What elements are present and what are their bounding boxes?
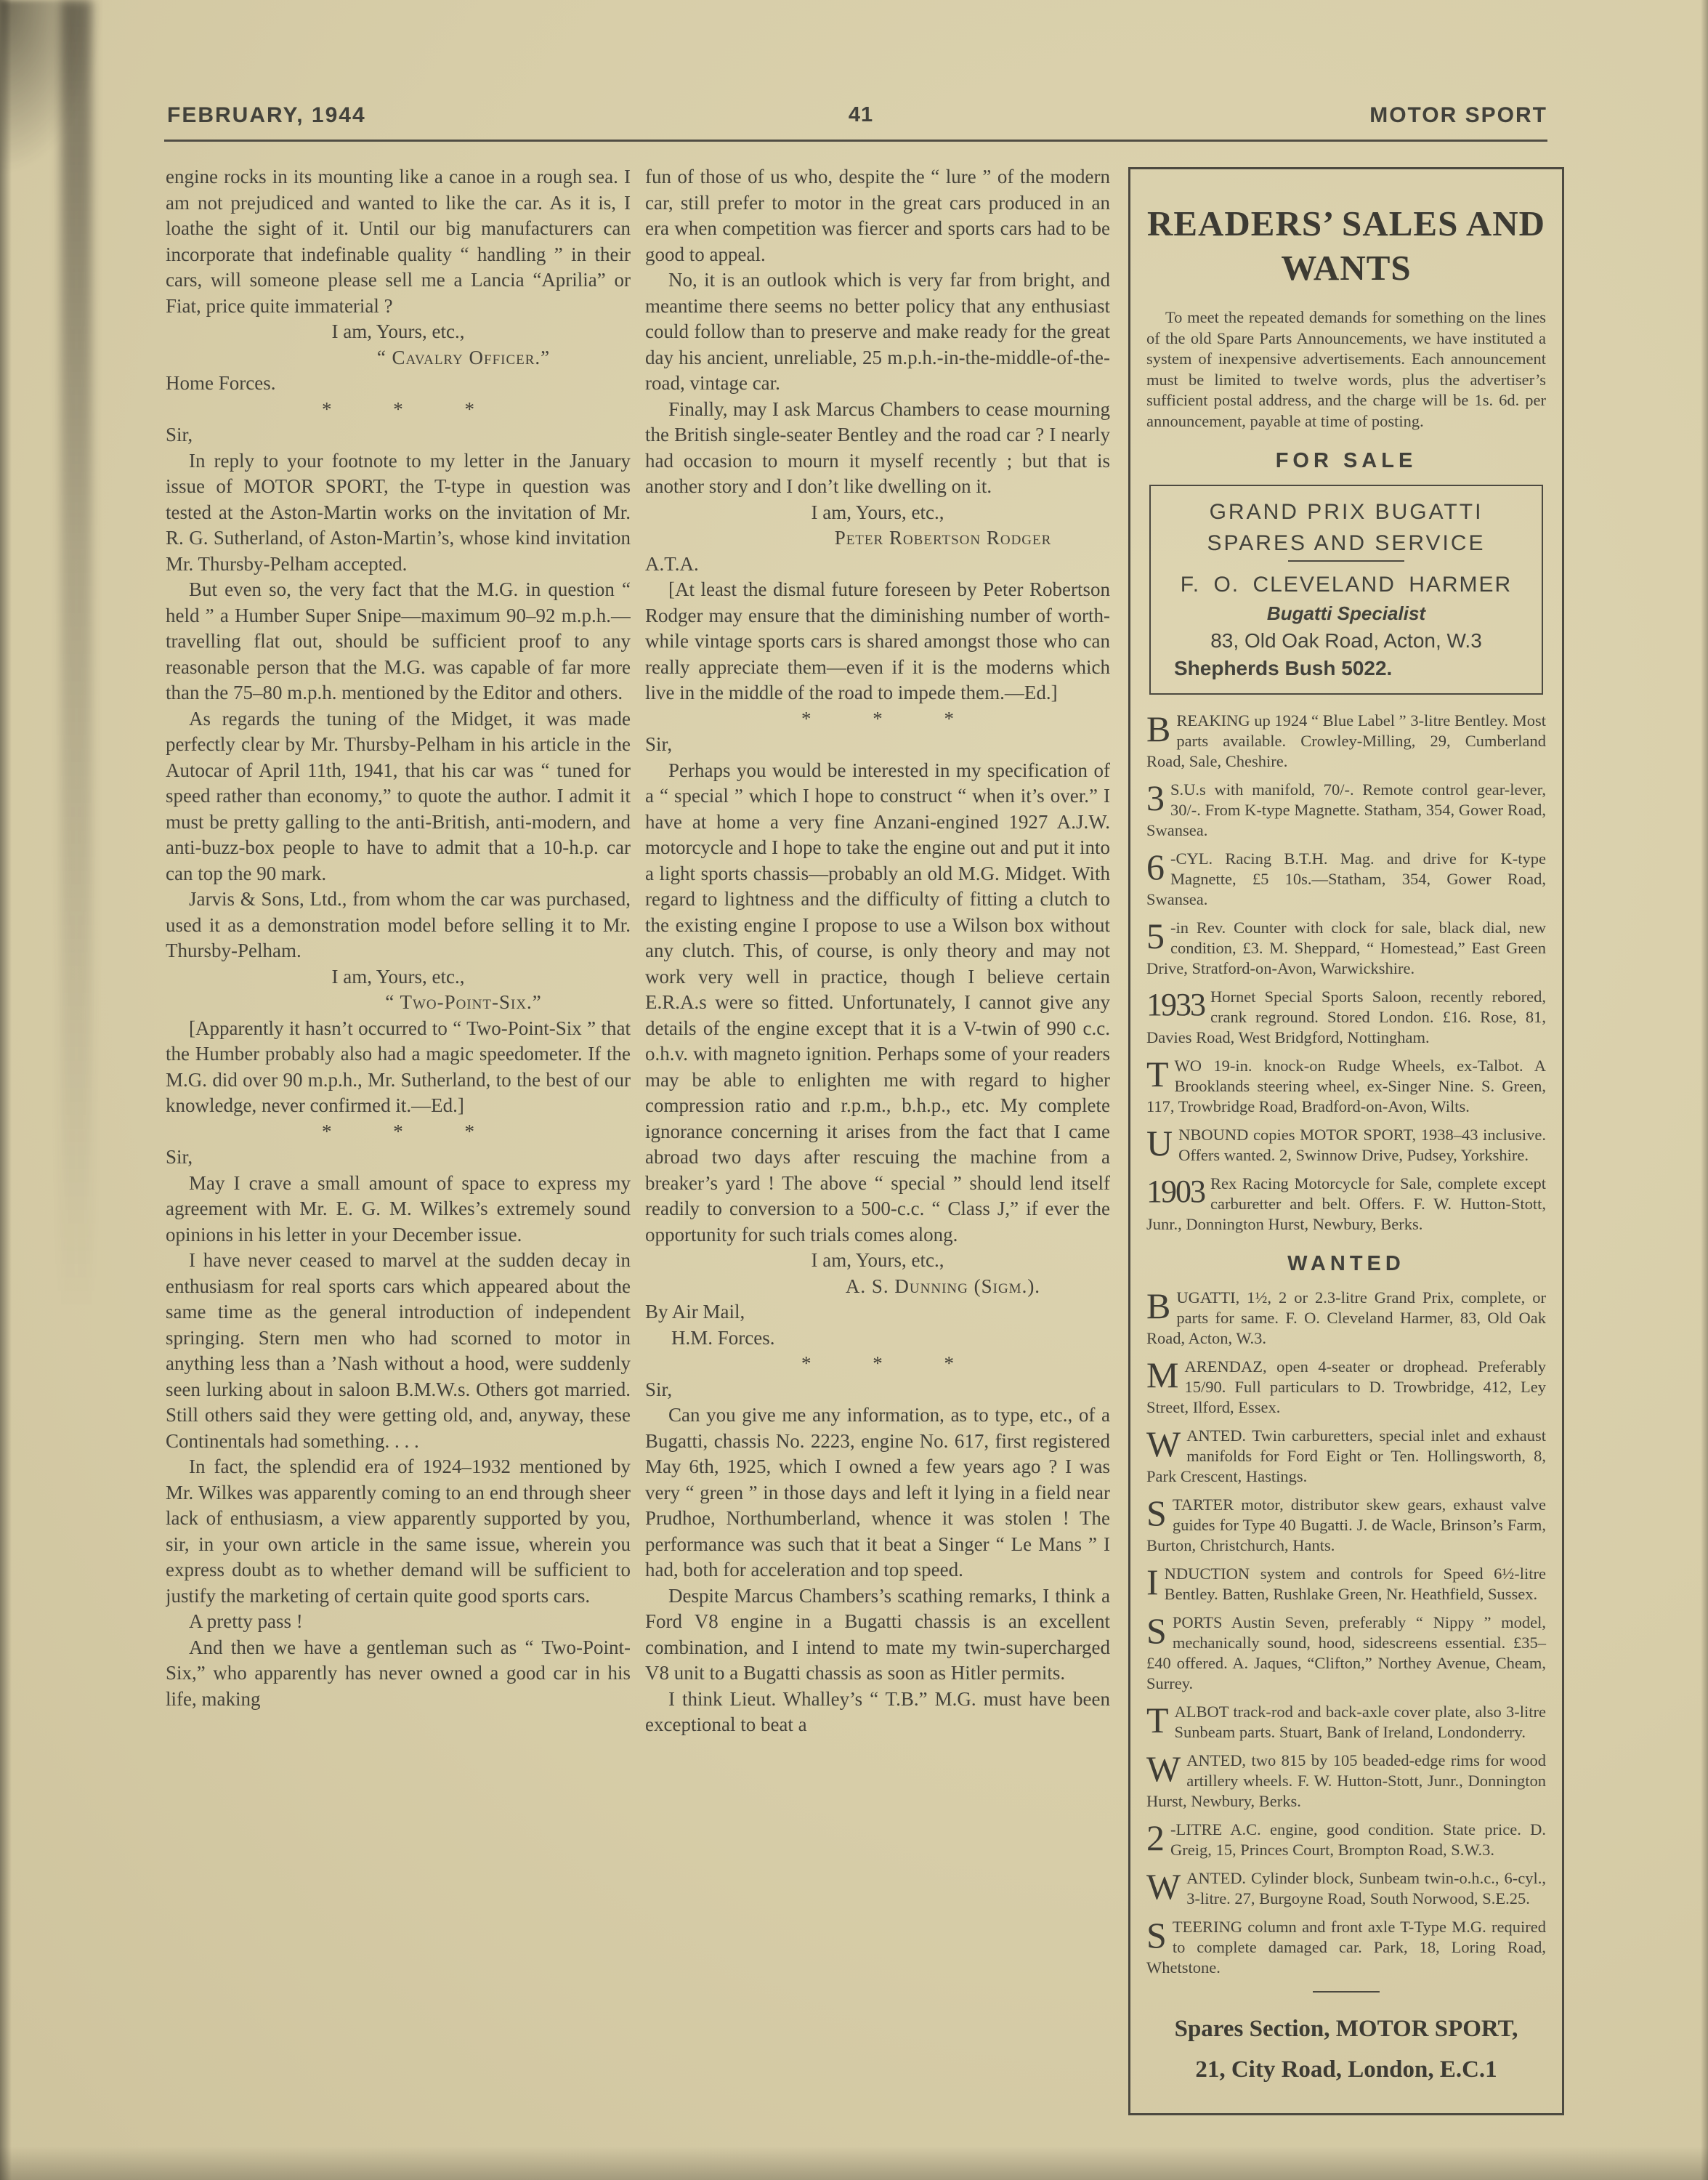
classified-ad: 5-in Rev. Counter with clock for sale, b…: [1146, 918, 1546, 979]
letter-signature: “ Cavalry Officer.”: [166, 345, 631, 371]
ad-drop-cap: 3: [1146, 781, 1165, 815]
letter-paragraph: As regards the tuning of the Midget, it …: [166, 706, 631, 887]
ad-drop-cap: T: [1146, 1057, 1169, 1091]
letter-signature: “ Two-Point-Six.”: [166, 990, 631, 1016]
spares-address-line2: 21, City Road, London, E.C.1: [1195, 2056, 1497, 2083]
classified-ad: TALBOT track-rod and back-axle cover pla…: [1146, 1702, 1546, 1743]
ad-text: ANTED, two 815 by 105 beaded-edge rims f…: [1146, 1751, 1546, 1810]
ad-drop-cap: T: [1146, 1703, 1169, 1737]
letter-salutation: Sir,: [645, 1377, 1110, 1403]
ad-drop-cap: S: [1146, 1496, 1167, 1530]
classified-ad: MARENDAZ, open 4-seater or drophead. Pre…: [1146, 1357, 1546, 1418]
wanted-ads: BUGATTI, 1½, 2 or 2.3-litre Grand Prix, …: [1146, 1288, 1546, 1978]
page-edge-shadow-right: [1701, 0, 1708, 2180]
classified-ad: STARTER motor, distributor skew gears, e…: [1146, 1495, 1546, 1556]
dealer-ad-name: F. O. CLEVELAND HARMER: [1157, 569, 1536, 600]
ad-text: PORTS Austin Seven, preferably “ Nippy ”…: [1146, 1613, 1546, 1692]
dealer-ad-line1: GRAND PRIX BUGATTI: [1157, 496, 1536, 528]
classified-ad: STEERING column and front axle T-Type M.…: [1146, 1917, 1546, 1978]
classified-ad: 2-LITRE A.C. engine, good condition. Sta…: [1146, 1820, 1546, 1860]
spares-address-line1: Spares Section, MOTOR SPORT,: [1175, 2016, 1518, 2042]
ad-drop-cap: S: [1146, 1614, 1167, 1647]
section-separator: * * *: [645, 1351, 1110, 1377]
letter-paragraph: A pretty pass !: [166, 1609, 631, 1635]
letter-salutation: Sir,: [166, 1144, 631, 1171]
for-sale-heading: FOR SALE: [1146, 449, 1546, 473]
ad-text: NDUCTION system and controls for Speed 6…: [1165, 1565, 1546, 1603]
classified-ad: WANTED. Cylinder block, Sunbeam twin-o.h…: [1146, 1868, 1546, 1909]
letter-sender-location: A.T.A.: [645, 552, 1110, 578]
classified-ad: SPORTS Austin Seven, preferably “ Nippy …: [1146, 1612, 1546, 1694]
letter-valediction: I am, Yours, etc.,: [645, 1248, 1110, 1274]
ad-text: NBOUND copies MOTOR SPORT, 1938–43 inclu…: [1178, 1126, 1546, 1164]
page-edge-shadow-bottom: [0, 2147, 1708, 2180]
corner-shadow: [0, 0, 102, 174]
page-edge-shadow-left: [0, 0, 12, 2180]
letter-paragraph: I have never ceased to marvel at the sud…: [166, 1248, 631, 1454]
editor-note: [At least the dismal future foreseen by …: [645, 577, 1110, 706]
ad-drop-cap: U: [1146, 1126, 1173, 1160]
classified-ad: WANTED. Twin carburetters, special inlet…: [1146, 1426, 1546, 1487]
ad-drop-cap: 2: [1146, 1821, 1165, 1854]
letter-paragraph: Perhaps you would be interested in my sp…: [645, 758, 1110, 1248]
letters-column-2: fun of those of us who, despite the “ lu…: [645, 164, 1110, 2138]
letter-valediction: I am, Yours, etc.,: [166, 319, 631, 345]
ad-drop-cap: 5: [1146, 919, 1165, 953]
ad-drop-cap: W: [1146, 1870, 1181, 1903]
ad-drop-cap: 1903: [1146, 1175, 1205, 1208]
ad-text: ALBOT track-rod and back-axle cover plat…: [1175, 1703, 1546, 1741]
dealer-ad-tagline: Bugatti Specialist: [1157, 600, 1536, 626]
ad-text: Hornet Special Sports Saloon, recently r…: [1146, 988, 1546, 1046]
classified-ad: 6-CYL. Racing B.T.H. Mag. and drive for …: [1146, 849, 1546, 910]
letter-sender-location: H.M. Forces.: [645, 1325, 1110, 1352]
letter-sender-location: By Air Mail,: [645, 1299, 1110, 1325]
letter-paragraph: But even so, the very fact that the M.G.…: [166, 577, 631, 706]
ad-drop-cap: B: [1146, 712, 1170, 746]
letter-signature: Peter Robertson Rodger: [645, 525, 1110, 552]
header-date: FEBRUARY, 1944: [167, 103, 366, 128]
classified-ad: WANTED, two 815 by 105 beaded-edge rims …: [1146, 1751, 1546, 1812]
letter-paragraph: Finally, may I ask Marcus Chambers to ce…: [645, 397, 1110, 500]
letter-valediction: I am, Yours, etc.,: [166, 964, 631, 990]
wanted-heading: WANTED: [1146, 1252, 1546, 1276]
letter-paragraph: In reply to your footnote to my letter i…: [166, 448, 631, 578]
classified-ad: BUGATTI, 1½, 2 or 2.3-litre Grand Prix, …: [1146, 1288, 1546, 1349]
section-separator: * * *: [166, 1119, 631, 1145]
editor-note: [Apparently it hasn’t occurred to “ Two-…: [166, 1016, 631, 1119]
letter-paragraph: Jarvis & Sons, Ltd., from whom the car w…: [166, 887, 631, 964]
letter-paragraph: And then we have a gentleman such as “ T…: [166, 1635, 631, 1713]
letter-paragraph: No, it is an outlook which is very far f…: [645, 267, 1110, 397]
letter-valediction: I am, Yours, etc.,: [645, 500, 1110, 526]
ad-text: TARTER motor, distributor skew gears, ex…: [1146, 1495, 1546, 1554]
letter-paragraph: engine rocks in its mounting like a cano…: [166, 164, 631, 319]
classified-ad: 1933Hornet Special Sports Saloon, recent…: [1146, 987, 1546, 1048]
ad-drop-cap: W: [1146, 1752, 1181, 1785]
ad-drop-cap: M: [1146, 1358, 1178, 1392]
classified-ad: 1903Rex Racing Motorcycle for Sale, comp…: [1146, 1174, 1546, 1235]
ad-text: -in Rev. Counter with clock for sale, bl…: [1146, 919, 1546, 977]
classified-ad: TWO 19-in. knock-on Rudge Wheels, ex-Tal…: [1146, 1056, 1546, 1117]
ad-drop-cap: W: [1146, 1427, 1181, 1461]
ad-text: -CYL. Racing B.T.H. Mag. and drive for K…: [1146, 849, 1546, 908]
ad-text: -LITRE A.C. engine, good condition. Stat…: [1170, 1820, 1546, 1859]
classified-ad: BREAKING up 1924 “ Blue Label ” 3-litre …: [1146, 711, 1546, 772]
ad-drop-cap: S: [1146, 1918, 1167, 1952]
sales-wants-title-line1: READERS’ SALES AND: [1147, 203, 1545, 243]
letter-paragraph: May I crave a small amount of space to e…: [166, 1171, 631, 1248]
sales-wants-panel: READERS’ SALES AND WANTS To meet the rep…: [1128, 167, 1564, 2115]
header-rule: [164, 140, 1547, 142]
header-magazine-title: MOTOR SPORT: [1369, 103, 1547, 128]
letter-salutation: Sir,: [645, 732, 1110, 758]
letter-paragraph: In fact, the splendid era of 1924–1932 m…: [166, 1454, 631, 1609]
ad-text: ANTED. Twin carburetters, special inlet …: [1146, 1426, 1546, 1485]
classified-ad: UNBOUND copies MOTOR SPORT, 1938–43 incl…: [1146, 1125, 1546, 1166]
header-page-number: 41: [828, 103, 894, 127]
ad-text: TEERING column and front axle T-Type M.G…: [1146, 1918, 1546, 1977]
ad-drop-cap: 6: [1146, 850, 1165, 884]
ad-text: ARENDAZ, open 4-seater or drophead. Pref…: [1146, 1357, 1546, 1416]
letter-signature: A. S. Dunning (Sigm.).: [645, 1274, 1110, 1300]
ad-drop-cap: B: [1146, 1289, 1170, 1323]
dealer-ad-box: GRAND PRIX BUGATTI SPARES AND SERVICE F.…: [1149, 485, 1543, 695]
letter-paragraph: I think Lieut. Whalley’s “ T.B.” M.G. mu…: [645, 1687, 1110, 1738]
ad-text: ANTED. Cylinder block, Sunbeam twin-o.h.…: [1186, 1869, 1546, 1907]
ad-drop-cap: 1933: [1146, 988, 1205, 1022]
sales-wants-title: READERS’ SALES AND WANTS: [1146, 201, 1546, 290]
ad-text: S.U.s with manifold, 70/-. Remote contro…: [1146, 780, 1546, 839]
letters-column-1: engine rocks in its mounting like a cano…: [166, 164, 631, 2138]
magazine-page: FEBRUARY, 1944 41 MOTOR SPORT engine roc…: [0, 0, 1708, 2180]
ad-text: UGATTI, 1½, 2 or 2.3-litre Grand Prix, c…: [1146, 1288, 1546, 1347]
classified-ad: 3S.U.s with manifold, 70/-. Remote contr…: [1146, 780, 1546, 841]
dealer-ad-phone: Shepherds Bush 5022.: [1157, 655, 1536, 682]
ad-text: REAKING up 1924 “ Blue Label ” 3-litre B…: [1146, 711, 1546, 770]
ad-drop-cap: I: [1146, 1565, 1159, 1599]
letter-salutation: Sir,: [166, 422, 631, 448]
ad-text: Rex Racing Motorcycle for Sale, complete…: [1146, 1174, 1546, 1233]
spares-section-address: Spares Section, MOTOR SPORT, 21, City Ro…: [1146, 2009, 1546, 2090]
letter-sender-location: Home Forces.: [166, 371, 631, 397]
letter-paragraph: fun of those of us who, despite the “ lu…: [645, 164, 1110, 267]
sales-wants-title-line2: WANTS: [1281, 248, 1411, 288]
letter-paragraph: Can you give me any information, as to t…: [645, 1402, 1110, 1583]
letter-paragraph: Despite Marcus Chambers’s scathing remar…: [645, 1583, 1110, 1687]
classified-ad: INDUCTION system and controls for Speed …: [1146, 1564, 1546, 1604]
for-sale-ads: BREAKING up 1924 “ Blue Label ” 3-litre …: [1146, 711, 1546, 1235]
footer-rule: [1313, 1991, 1380, 1993]
dealer-ad-line2: SPARES AND SERVICE: [1157, 528, 1536, 559]
dealer-ad-address: 83, Old Oak Road, Acton, W.3: [1157, 626, 1536, 655]
sales-wants-intro: To meet the repeated demands for somethi…: [1146, 307, 1546, 432]
section-separator: * * *: [166, 397, 631, 423]
gutter-shadow: [61, 0, 92, 1381]
dealer-ad-rule: [1288, 560, 1404, 562]
ad-text: WO 19-in. knock-on Rudge Wheels, ex-Talb…: [1146, 1057, 1546, 1115]
section-separator: * * *: [645, 706, 1110, 732]
